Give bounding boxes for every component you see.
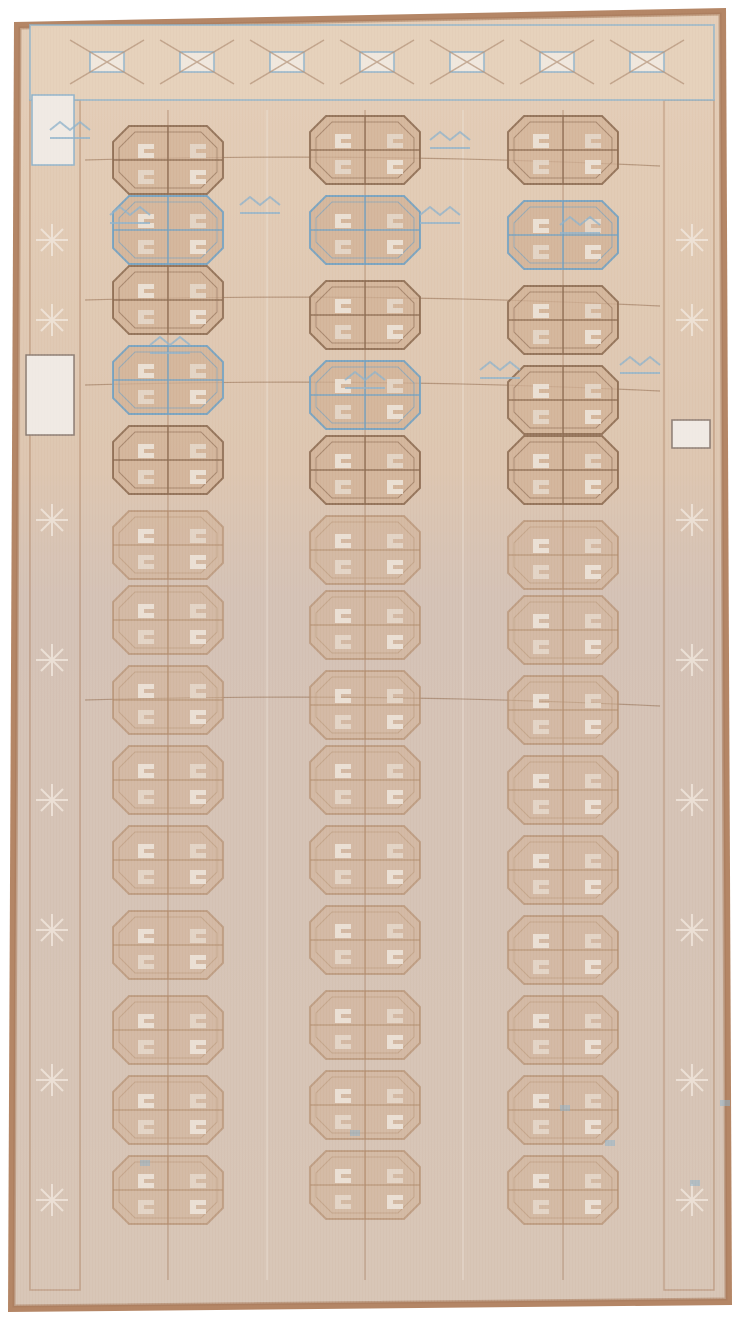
weave-texture: [14, 14, 726, 1306]
rug-illustration: [0, 0, 742, 1318]
rug-photo: [0, 0, 742, 1318]
